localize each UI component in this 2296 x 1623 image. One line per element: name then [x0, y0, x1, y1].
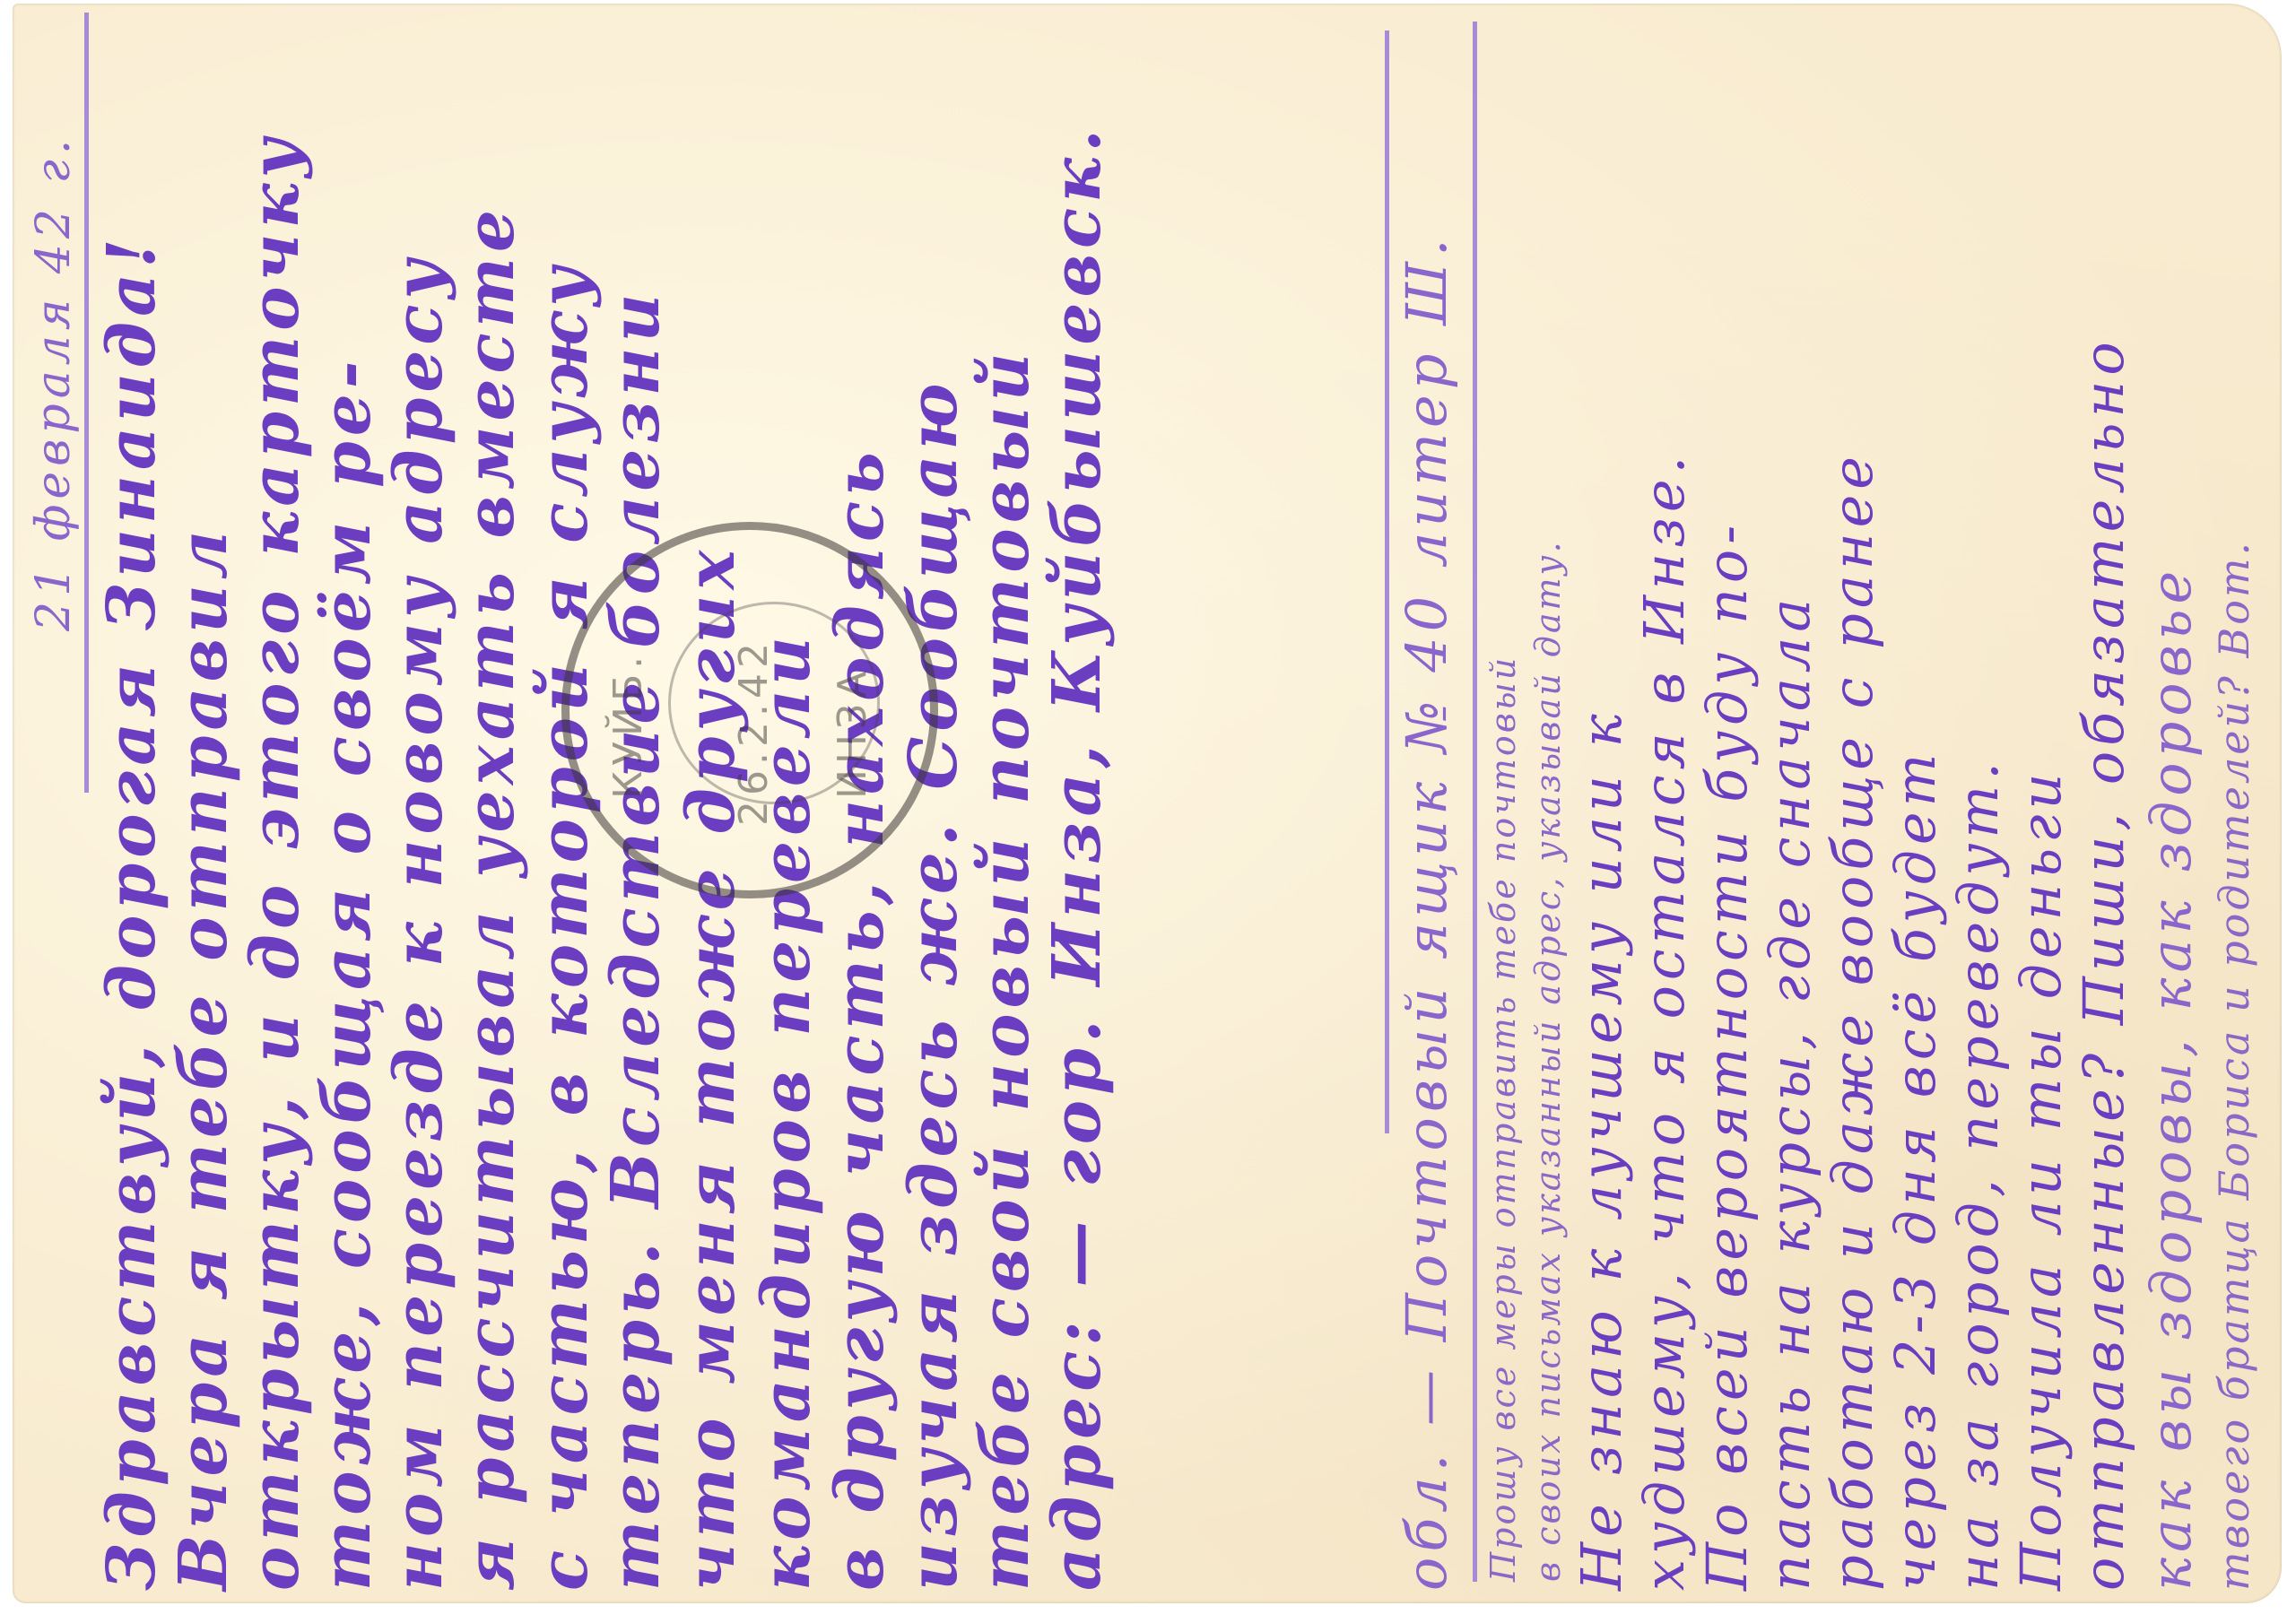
note-rule: [1473, 22, 1477, 1582]
letter-line: теперь. Вследствие болезни: [597, 289, 674, 1591]
address-rule: [1385, 30, 1389, 1133]
closing-line: Получила ли ты деньги: [2008, 768, 2074, 1591]
letter-line: тебе свой новый почтовый: [967, 348, 1044, 1591]
closing-line: По всей вероятности буду по-: [1694, 520, 1760, 1591]
note-line: в своих письмах указанный адрес, указыва…: [1528, 539, 1568, 1582]
closing-line: твоего братца Бориса и родителей? Вот.: [2210, 540, 2258, 1591]
letter-line: с частью, в которой я служу: [526, 261, 603, 1591]
letter-line: открытку, и до этого карточку: [237, 133, 314, 1591]
date-line: 21 февраля 42 г.: [27, 135, 81, 631]
letter-line: ном переезде к новому адресу: [380, 254, 457, 1591]
letter-line: адрес: — гор. Инза, Куйбышевск.: [1039, 124, 1116, 1591]
margin-rule: [84, 13, 89, 793]
postmark-text-bottom: КУЙБ.: [605, 651, 651, 799]
address-line: обл. — Почтовый ящик № 40 литер Ш.: [1394, 233, 1459, 1591]
postcard: 21 февраля 42 г. Здравствуй, дорогая Зин…: [13, 4, 2282, 1603]
letter-line: тоже, сообщая о своём ре-: [309, 355, 386, 1591]
letter-line: я рассчитывал уехать вместе: [452, 204, 529, 1591]
postmark-stamp: ИНЗА 26.2.42 КУЙБ.: [561, 522, 938, 898]
letter-line: изучая здесь же. Сообщаю: [895, 378, 972, 1591]
closing-line: пасть на курсы, где сначала: [1757, 594, 1822, 1591]
closing-line: как вы здоровы, как здоровье: [2138, 566, 2204, 1591]
letter-line: Здравствуй, дорогая Зинаида!: [93, 233, 170, 1591]
closing-line: Не знаю к лучшему или к: [1569, 708, 1634, 1591]
closing-line: отправленные? Пиши, обязательно: [2071, 336, 2136, 1591]
postmark-date: 26.2.42: [731, 638, 777, 826]
note-line: Прошу все меры отправить тебе почтовый: [1483, 655, 1523, 1582]
closing-line: через 2-3 дня всё будет: [1883, 749, 1948, 1591]
postmark-text-top: ИНЗА: [830, 666, 875, 799]
letter-line: Вчера я тебе отправил: [165, 525, 242, 1591]
closing-line: худшему, что я остался в Инзе.: [1631, 451, 1697, 1591]
closing-line: работаю и даже вообще с ранее: [1820, 451, 1885, 1591]
closing-line: на за город, переведут.: [1945, 757, 2011, 1591]
